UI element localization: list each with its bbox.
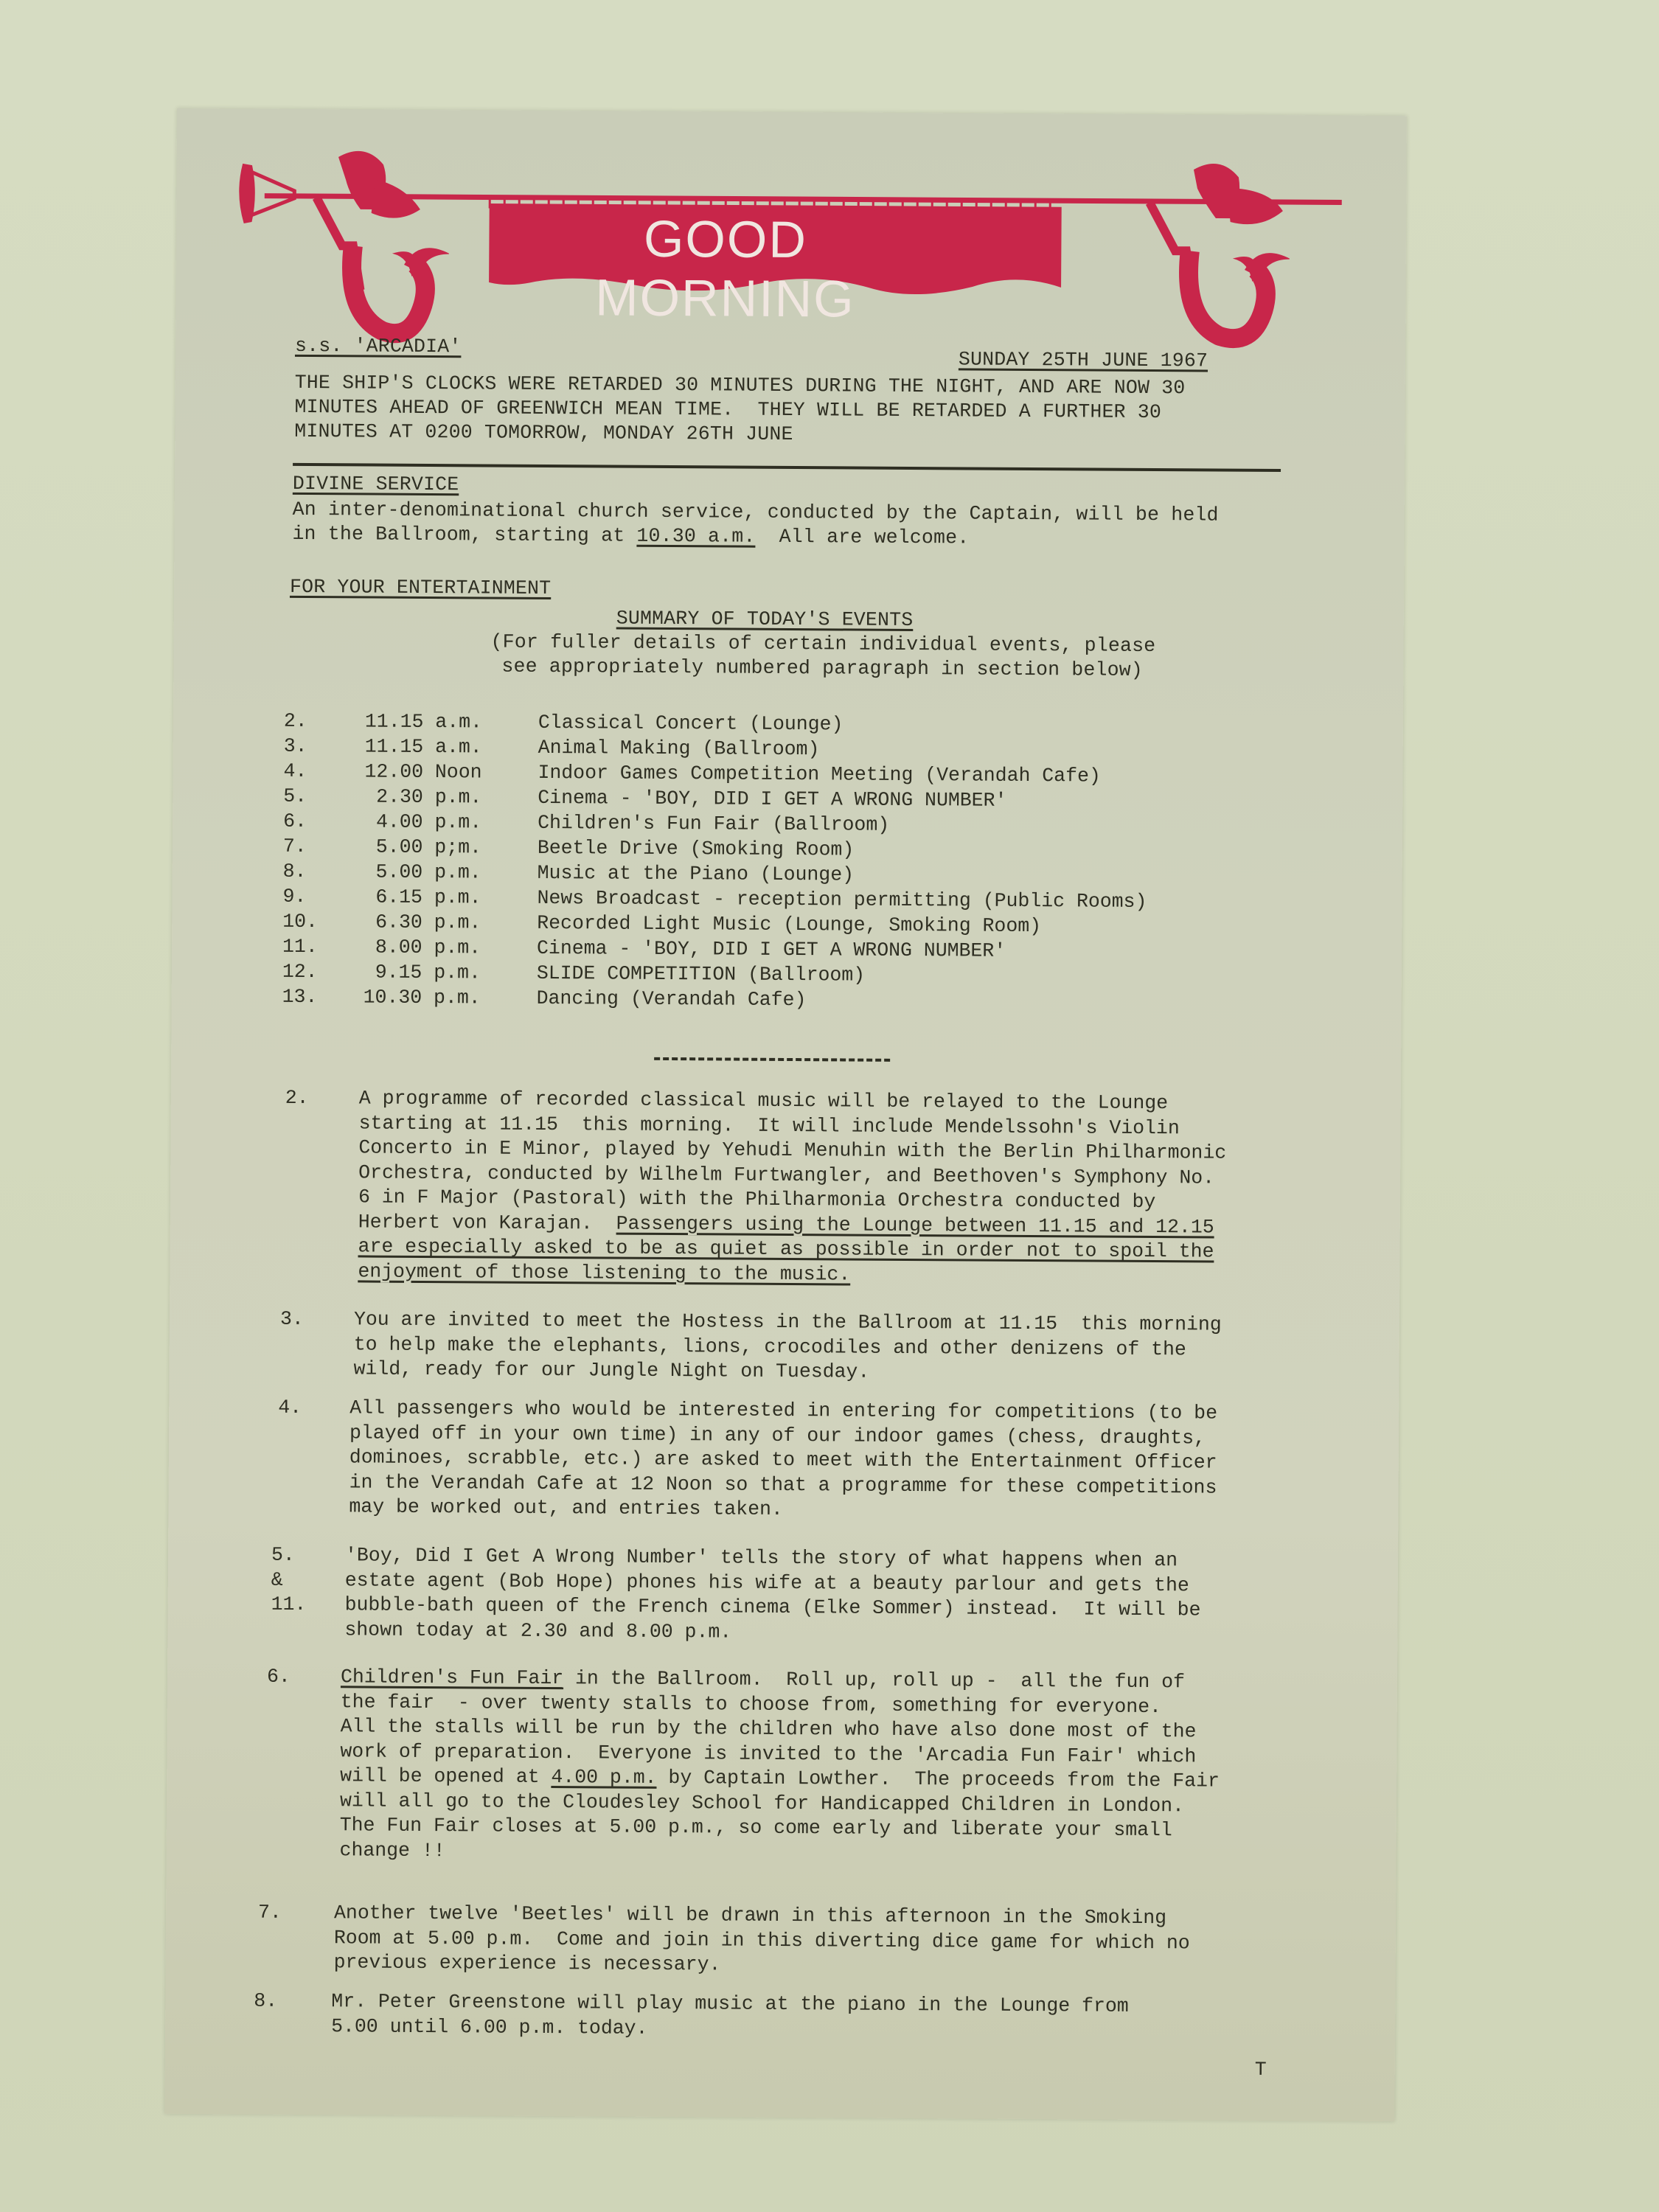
event-time: 11.15 a.m. [365,735,482,758]
paragraph-line: enjoyment of those listening to the musi… [358,1259,850,1287]
event-number: 8. [283,860,307,883]
event-number: 2. [284,710,307,732]
summary-divider [654,1057,890,1062]
event-time: 9.15 p.m. [364,961,481,984]
event-title: Beetle Drive (Smoking Room) [538,837,855,861]
event-title: Music at the Piano (Lounge) [538,862,855,886]
event-number: 6. [283,810,307,832]
event-time: 5.00 p.m. [364,860,481,883]
divine-service-time: 10.30 a.m. [636,525,755,548]
summary-heading: SUMMARY OF TODAY'S EVENTS [616,607,914,633]
header-divider [293,463,1281,472]
paragraph-number: 6. [267,1665,291,1690]
page-mark: T [1255,2058,1267,2082]
paragraph-line: may be worked out, and entries taken. [349,1495,783,1522]
divine-service-line-2: in the Ballroom, starting at 10.30 a.m. … [292,522,969,551]
event-number: 3. [284,735,307,757]
event-time: 12.00 Noon [364,760,481,783]
event-title: SLIDE COMPETITION (Ballroom) [537,962,865,987]
paragraph-text: in the Ballroom. Roll up, roll up - all … [563,1667,1185,1693]
issue-date: SUNDAY 25TH JUNE 1967 [959,347,1208,373]
event-title: Dancing (Verandah Cafe) [537,987,807,1011]
paragraph-number: 2. [285,1086,309,1111]
event-time: 11.15 a.m. [365,710,482,733]
divine-service-text: in the Ballroom, starting at [292,523,636,547]
events-summary-list: 2.11.15 a.m.Classical Concert (Lounge)3.… [177,108,1407,116]
paragraph-line: previous experience is necessary. [334,1950,721,1978]
event-time: 10.30 p.m. [364,986,481,1009]
summary-note-line-1: (For fuller details of certain individua… [490,630,1155,659]
event-time: 6.15 p.m. [364,886,481,908]
paragraph-text: Herbert von Karajan. [358,1211,616,1234]
event-title: Cinema - 'BOY, DID I GET A WRONG NUMBER' [537,937,1006,962]
event-time: 2.30 p.m. [364,785,481,808]
paragraph-line: wild, ready for our Jungle Night on Tues… [353,1357,869,1385]
event-time: 5.00 p;m. [364,835,481,858]
event-number: 12. [282,961,318,983]
event-title: Indoor Games Competition Meeting (Verand… [538,762,1100,787]
event-title: Animal Making (Ballroom) [538,737,820,760]
paragraph-line: 5.00 until 6.00 p.m. today. [331,2014,648,2041]
quiet-request: Passengers using the Lounge between 11.1… [616,1212,1214,1238]
divine-service-heading: DIVINE SERVICE [293,472,459,497]
paragraph-number: 5. & 11. [271,1543,307,1618]
event-title: News Broadcast - reception permitting (P… [537,887,1147,913]
summary-note-line-2: see appropriately numbered paragraph in … [501,655,1143,683]
fun-fair-title: Children's Fun Fair [341,1666,563,1689]
paragraph-line: shown today at 2.30 and 8.00 p.m. [344,1618,731,1645]
event-title: Children's Fun Fair (Ballroom) [538,812,889,836]
event-number: 13. [282,986,318,1008]
event-title: Recorded Light Music (Lounge, Smoking Ro… [537,912,1041,937]
divine-service-welcome: All are welcome. [755,526,969,549]
programme-sheet: GOOD MORNING s.s. 'ARCADIA' SUNDAY 25TH … [164,108,1407,2121]
banner-title: GOOD MORNING [544,209,906,329]
paragraph-line: change !! [339,1838,445,1863]
paragraph-number: 7. [258,1901,282,1926]
event-title: Classical Concert (Lounge) [538,712,844,736]
event-number: 9. [282,886,306,908]
clock-notice-line-3: MINUTES AT 0200 TOMORROW, MONDAY 26TH JU… [294,420,793,447]
event-details: 2.A programme of recorded classical musi… [177,108,1407,116]
paragraph-number: 3. [280,1307,304,1332]
event-number: 5. [283,785,307,807]
event-number: 7. [283,835,307,858]
event-time: 6.30 p.m. [364,911,481,933]
paragraph-number: 8. [254,1989,277,2014]
event-time: 4.00 p.m. [364,810,481,833]
paragraph-line: The Fun Fair closes at 5.00 p.m., so com… [340,1813,1172,1843]
good-morning-banner: GOOD MORNING [234,142,1371,355]
event-time: 8.00 p.m. [364,936,481,959]
event-number: 11. [282,936,318,958]
paragraph-text: by Captain Lowther. The proceeds from th… [656,1767,1219,1792]
paragraph-text: will be opened at [340,1764,551,1788]
fun-fair-time: 4.00 p.m. [551,1766,656,1789]
paragraph-number: 4. [278,1396,302,1421]
ship-name: s.s. 'ARCADIA' [295,334,462,359]
event-number: 10. [282,911,318,933]
event-number: 4. [283,760,307,782]
entertainment-heading: FOR YOUR ENTERTAINMENT [290,575,551,601]
event-title: Cinema - 'BOY, DID I GET A WRONG NUMBER' [538,787,1006,812]
